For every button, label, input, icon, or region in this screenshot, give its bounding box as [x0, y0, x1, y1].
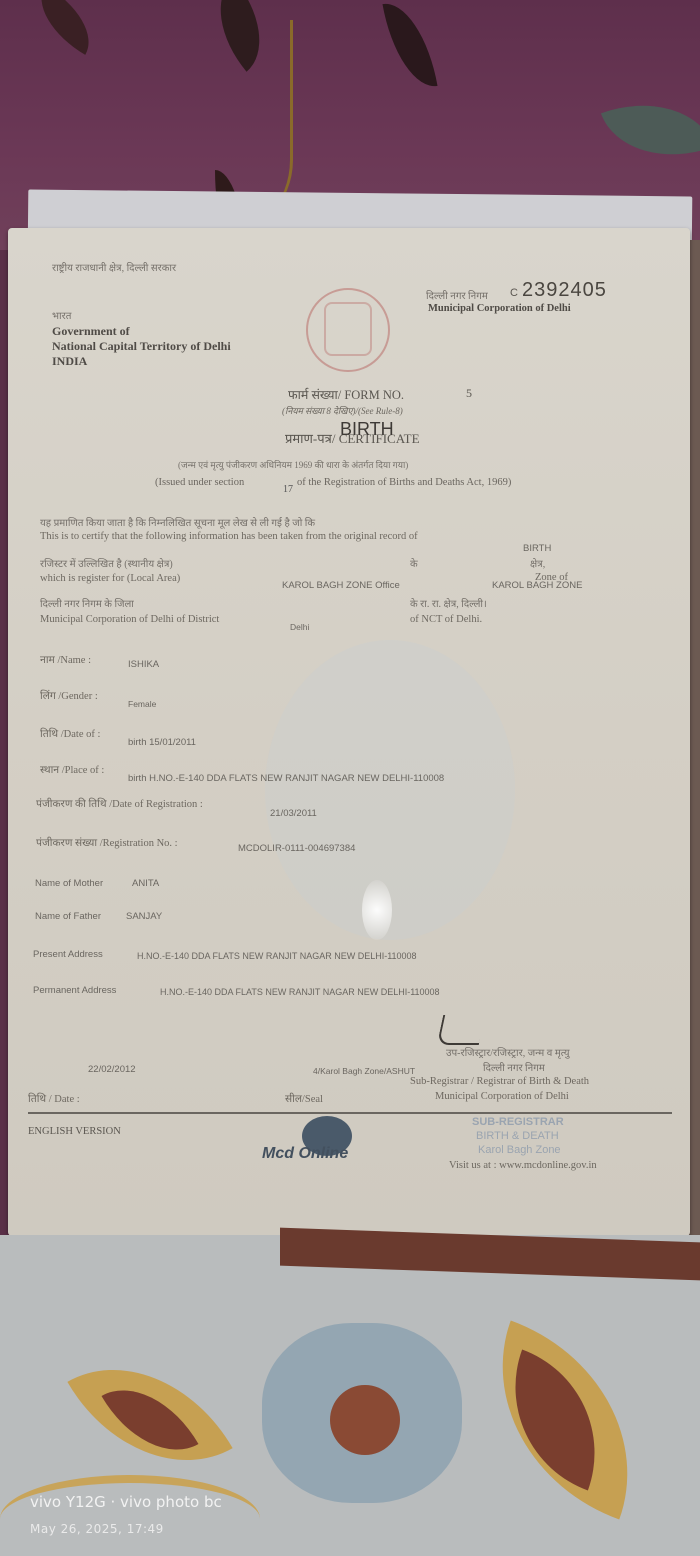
district-hindi: दिल्ली नगर निगम के जिला — [40, 596, 134, 610]
name-value: ISHIKA — [128, 659, 159, 670]
reg-no-label: पंजीकरण संख्या /Registration No. : — [36, 836, 178, 850]
gender-value: Female — [128, 699, 156, 709]
flower-center-decoration — [330, 1385, 400, 1455]
district-english: Municipal Corporation of Delhi of Distri… — [40, 614, 219, 625]
act-english-pre: (Issued under section — [155, 477, 244, 488]
certificate-serial-number: 2392405 — [522, 279, 607, 302]
register-hindi: रजिस्टर में उल्लिखित है (स्थानीय क्षेत्र… — [40, 556, 173, 570]
issue-date-value: 22/02/2012 — [88, 1064, 136, 1075]
stamp-line3: Karol Bagh Zone — [478, 1144, 561, 1156]
stem-decoration — [0, 1475, 260, 1556]
permanent-address-label: Permanent Address — [33, 985, 116, 996]
leaf-decoration — [601, 81, 700, 179]
header-gov-line2: National Capital Territory of Delhi — [52, 339, 231, 354]
name-label: नाम /Name : — [40, 653, 91, 667]
certify-hindi: यह प्रमाणित किया जाता है कि निम्नलिखित स… — [40, 515, 315, 529]
nct-english: of NCT of Delhi. — [410, 614, 482, 625]
reg-date-value: 21/03/2011 — [270, 808, 317, 819]
reg-no-value: MCDOLIR-0111-004697384 — [238, 843, 355, 854]
register-english: which is register for (Local Area) — [40, 573, 180, 584]
seal-value: 4/Karol Bagh Zone/ASHUT — [313, 1066, 415, 1076]
father-label: Name of Father — [35, 911, 101, 922]
act-english-post: of the Registration of Births and Deaths… — [297, 477, 511, 488]
header-hindi-line2: भारत — [52, 308, 71, 322]
stamp-line1: SUB-REGISTRAR — [472, 1116, 564, 1128]
header-hindi-line1: राष्ट्रीय राजधानी क्षेत्र, दिल्ली सरकार — [52, 260, 176, 274]
form-label: फार्म संख्या/ FORM NO. — [288, 386, 404, 403]
pob-value: birth H.NO.-E-140 DDA FLATS NEW RANJIT N… — [128, 773, 444, 784]
camera-device-label: vivo Y12G · vivo photo bc — [30, 1493, 222, 1511]
date-label: तिथि / Date : — [28, 1092, 80, 1106]
local-area-value: KAROL BAGH ZONE Office — [282, 580, 400, 591]
english-version-label: ENGLISH VERSION — [28, 1126, 121, 1137]
pob-label: स्थान /Place of : — [40, 763, 104, 777]
form-number: 5 — [466, 386, 472, 401]
mother-label: Name of Mother — [35, 878, 103, 889]
leaf-decoration — [25, 0, 106, 55]
serial-prefix: C — [510, 287, 518, 299]
brown-band-decoration — [280, 1228, 700, 1281]
certificate-type: BIRTH — [340, 419, 394, 440]
dob-label: तिथि /Date of : — [40, 727, 100, 741]
header-mcd-english: Municipal Corporation of Delhi — [428, 303, 571, 314]
zone-value: KAROL BAGH ZONE — [492, 580, 582, 591]
father-value: SANJAY — [126, 911, 162, 922]
of-hindi: के — [410, 556, 418, 570]
present-address-label: Present Address — [33, 949, 103, 960]
dob-value: birth 15/01/2011 — [128, 737, 196, 748]
mcd-online-logo: Mcd Online — [262, 1145, 348, 1163]
form-rule: (नियम संख्या 8 देखिए)/(See Rule-8) — [282, 404, 403, 417]
visit-website: Visit us at : www.mcdonline.gov.in — [449, 1160, 597, 1171]
permanent-address-value: H.NO.-E-140 DDA FLATS NEW RANJIT NAGAR N… — [160, 987, 440, 997]
state-emblem-icon — [306, 288, 390, 372]
act-hindi: (जन्म एवं मृत्यु पंजीकरण अधिनियम 1969 की… — [178, 458, 408, 471]
seal-label: सील/Seal — [285, 1092, 323, 1106]
signature — [437, 1015, 485, 1045]
header-mcd-hindi: दिल्ली नगर निगम — [426, 288, 488, 302]
present-address-value: H.NO.-E-140 DDA FLATS NEW RANJIT NAGAR N… — [137, 951, 417, 961]
light-glare — [362, 880, 392, 940]
zone-hindi: क्षेत्र, — [530, 556, 545, 570]
registrar-hindi-2: दिल्ली नगर निगम — [483, 1060, 545, 1074]
registrar-hindi-1: उप-रजिस्ट्रार/रजिस्ट्रार, जन्म व मृत्यु — [446, 1045, 570, 1059]
mother-value: ANITA — [132, 878, 159, 889]
certify-english: This is to certify that the following in… — [40, 531, 418, 542]
stamp-line2: BIRTH & DEATH — [476, 1130, 559, 1142]
leaf-decoration — [382, 0, 437, 93]
gender-label: लिंग /Gender : — [40, 689, 98, 703]
record-type: BIRTH — [523, 543, 551, 554]
section-number: 17 — [283, 484, 293, 495]
nct-hindi: के रा. रा. क्षेत्र, दिल्ली। — [410, 596, 487, 610]
header-gov-line3: INDIA — [52, 354, 87, 369]
registrar-english-1: Sub-Registrar / Registrar of Birth & Dea… — [410, 1076, 589, 1087]
photo-timestamp: May 26, 2025, 17:49 — [30, 1522, 164, 1536]
header-gov-line1: Government of — [52, 324, 130, 339]
district-value: Delhi — [290, 622, 309, 632]
registrar-english-2: Municipal Corporation of Delhi — [435, 1091, 569, 1102]
footer-divider — [28, 1112, 672, 1114]
reg-date-label: पंजीकरण की तिथि /Date of Registration : — [36, 797, 203, 811]
